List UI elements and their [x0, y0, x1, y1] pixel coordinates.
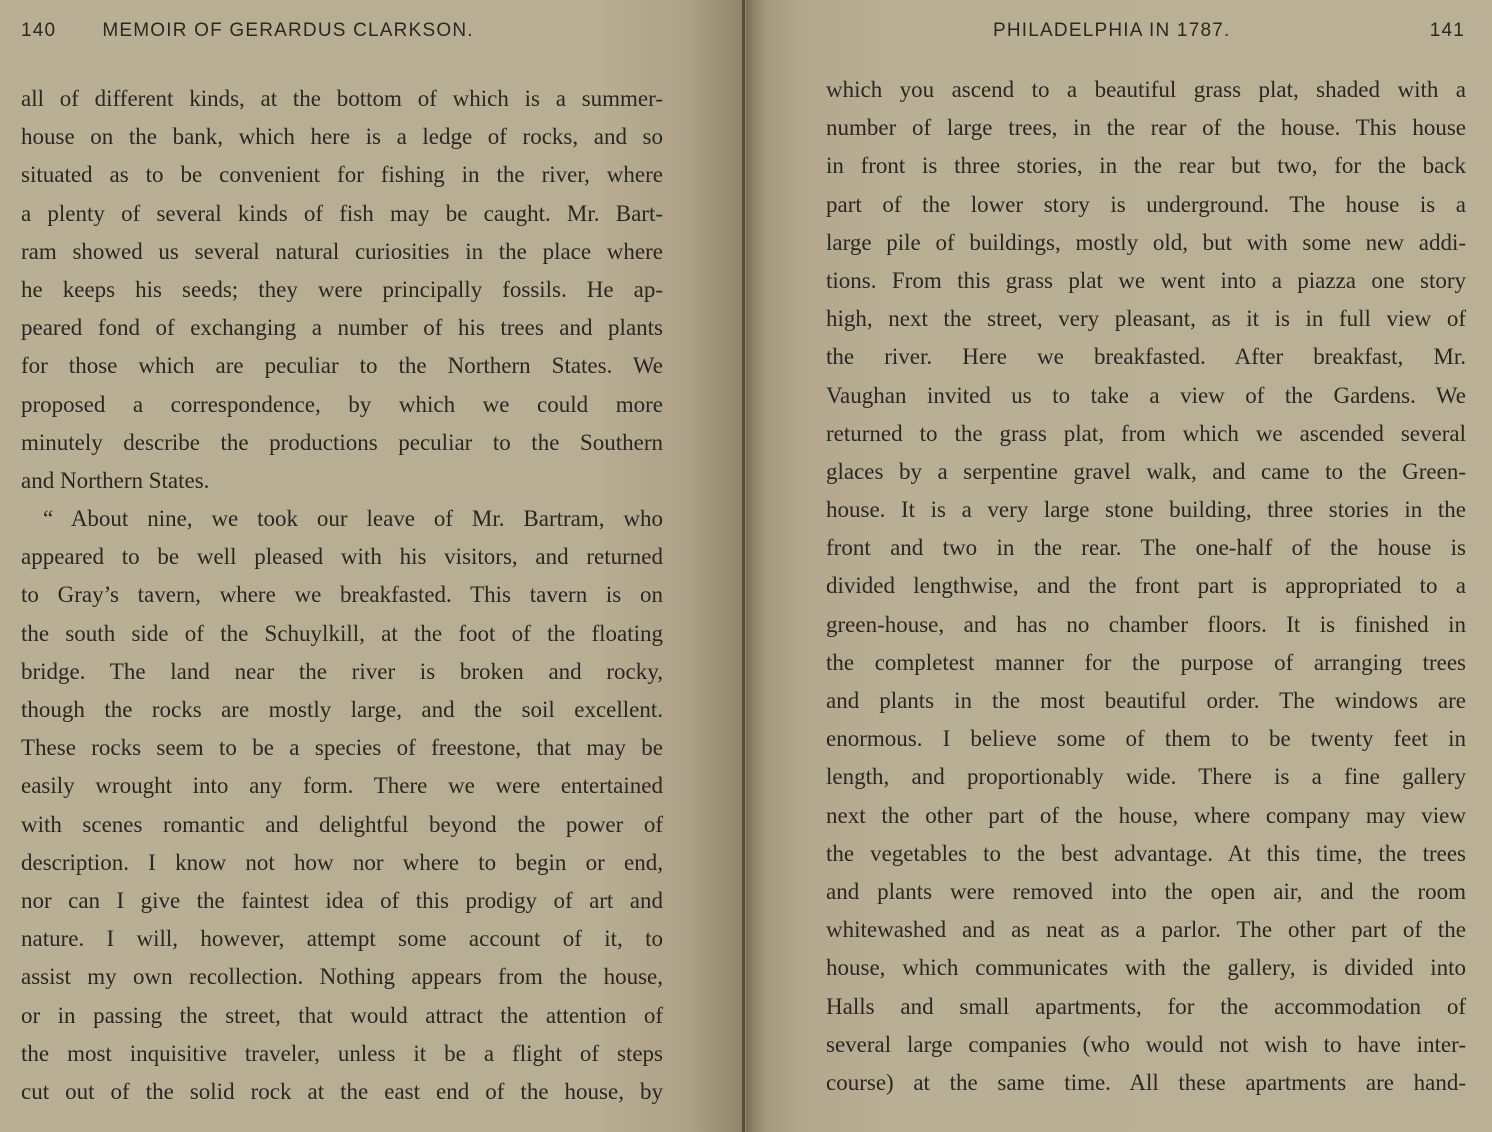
text-line: These rocks seem to be a species of free…	[21, 729, 663, 767]
text-line: in front is three stories, in the rear b…	[826, 147, 1466, 185]
text-line: and plants in the most beautiful order. …	[826, 682, 1466, 720]
text-line: Vaughan invited us to take a view of the…	[826, 377, 1466, 415]
text-line: though the rocks are mostly large, and t…	[21, 691, 663, 729]
text-line: Halls and small apartments, for the acco…	[826, 988, 1466, 1026]
text-line: the river. Here we breakfasted. After br…	[826, 338, 1466, 376]
text-line: large pile of buildings, mostly old, but…	[826, 224, 1466, 262]
text-line: returned to the grass plat, from which w…	[826, 415, 1466, 453]
text-line: bridge. The land near the river is broke…	[21, 653, 663, 691]
left-page: 140 MEMOIR OF GERARDUS CLARKSON. all of …	[0, 0, 746, 1132]
text-line: glaces by a serpentine gravel walk, and …	[826, 453, 1466, 491]
left-page-number: 140	[21, 20, 56, 42]
text-line: description. I know not how nor where to…	[21, 844, 663, 882]
right-running-title: PHILADELPHIA IN 1787.	[993, 20, 1230, 42]
text-line: and plants were removed into the open ai…	[826, 873, 1466, 911]
text-line: the vegetables to the best advantage. At…	[826, 835, 1466, 873]
text-line: enormous. I believe some of them to be t…	[826, 720, 1466, 758]
text-line: peared fond of exchanging a number of hi…	[21, 309, 663, 347]
text-line: whitewashed and as neat as a parlor. The…	[826, 911, 1466, 949]
text-line: divided lengthwise, and the front part i…	[826, 567, 1466, 605]
text-line: for those which are peculiar to the Nort…	[21, 347, 663, 385]
text-line: the south side of the Schuylkill, at the…	[21, 615, 663, 653]
text-line: several large companies (who would not w…	[826, 1026, 1466, 1064]
text-line: which you ascend to a beautiful grass pl…	[826, 71, 1466, 109]
text-line: situated as to be convenient for fishing…	[21, 156, 663, 194]
book-spine-gutter	[742, 0, 745, 1132]
text-line: front and two in the rear. The one-half …	[826, 529, 1466, 567]
text-line: next the other part of the house, where …	[826, 797, 1466, 835]
text-line: ram showed us several natural curiositie…	[21, 233, 663, 271]
paragraph-start-line: “ About nine, we took our leave of Mr. B…	[21, 500, 663, 538]
right-page-number: 141	[1430, 20, 1465, 42]
text-line: the completest manner for the purpose of…	[826, 644, 1466, 682]
left-running-head: 140 MEMOIR OF GERARDUS CLARKSON.	[21, 16, 474, 46]
text-line: a plenty of several kinds of fish may be…	[21, 195, 663, 233]
right-body-text: which you ascend to a beautiful grass pl…	[826, 71, 1466, 1102]
text-line: easily wrought into any form. There we w…	[21, 767, 663, 805]
paragraph-end-line: and Northern States.	[21, 462, 663, 500]
text-line: high, next the street, very pleasant, as…	[826, 300, 1466, 338]
text-line: or in passing the street, that would att…	[21, 997, 663, 1035]
book-spread: 140 MEMOIR OF GERARDUS CLARKSON. all of …	[0, 0, 1492, 1132]
text-line: nor can I give the faintest idea of this…	[21, 882, 663, 920]
text-line: minutely describe the productions peculi…	[21, 424, 663, 462]
text-line: the most inquisitive traveler, unless it…	[21, 1035, 663, 1073]
text-line: number of large trees, in the rear of th…	[826, 109, 1466, 147]
right-running-head: PHILADELPHIA IN 1787. 141	[993, 16, 1465, 46]
text-line: appeared to be well pleased with his vis…	[21, 538, 663, 576]
text-line: course) at the same time. All these apar…	[826, 1064, 1466, 1102]
text-line: all of different kinds, at the bottom of…	[21, 80, 663, 118]
text-line: part of the lower story is underground. …	[826, 186, 1466, 224]
text-line: house. It is a very large stone building…	[826, 491, 1466, 529]
text-line: green-house, and has no chamber floors. …	[826, 606, 1466, 644]
text-line: cut out of the solid rock at the east en…	[21, 1073, 663, 1111]
text-line: proposed a correspondence, by which we c…	[21, 386, 663, 424]
text-line: to Gray’s tavern, where we breakfasted. …	[21, 576, 663, 614]
text-line: nature. I will, however, attempt some ac…	[21, 920, 663, 958]
text-line: tions. From this grass plat we went into…	[826, 262, 1466, 300]
left-body-text: all of different kinds, at the bottom of…	[21, 80, 663, 1111]
text-line: house on the bank, which here is a ledge…	[21, 118, 663, 156]
text-line: length, and proportionably wide. There i…	[826, 758, 1466, 796]
text-line: assist my own recollection. Nothing appe…	[21, 958, 663, 996]
left-running-title: MEMOIR OF GERARDUS CLARKSON.	[102, 20, 473, 42]
text-line: with scenes romantic and delightful beyo…	[21, 806, 663, 844]
text-line: he keeps his seeds; they were principall…	[21, 271, 663, 309]
text-line: house, which communicates with the galle…	[826, 949, 1466, 987]
